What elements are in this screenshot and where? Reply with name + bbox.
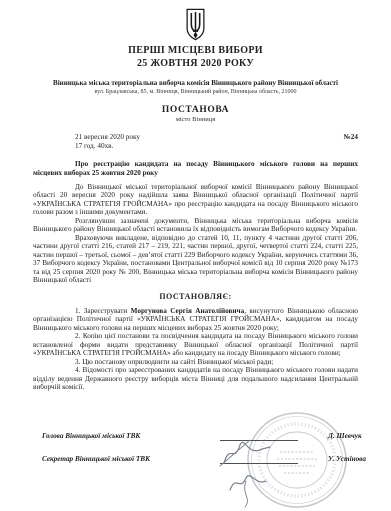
resolution-item-4: 4. Відомості про зареєстрованих кандидат… — [33, 366, 358, 392]
resolves-heading: ПОСТАНОВЛЯЄ: — [33, 292, 358, 301]
signature-name: У. Устінова — [328, 455, 366, 464]
signature-line — [220, 455, 298, 464]
body-paragraph: Розглянувши зазначені документи, Вінниць… — [33, 217, 358, 234]
resolution-item-1-prefix: 1. Зареєструвати — [75, 307, 131, 315]
resolution-item-2: 2. Копію цієї постанови та посвідчення к… — [33, 332, 358, 358]
signature-role: Секретар Вінницької міської ТВК — [42, 455, 220, 464]
document-time: 17 год. 40хв. — [33, 142, 358, 151]
body-paragraph: До Вінницької міської територіальної виб… — [33, 183, 358, 217]
election-title-line2: 25 ЖОВТНЯ 2020 РОКУ — [33, 58, 358, 70]
commission-address: вул. Брацлавська, 85, м. Вінниця, Вінниц… — [33, 88, 358, 96]
document-date: 21 вересня 2020 року — [75, 133, 140, 141]
document-type-heading: ПОСТАНОВА — [33, 105, 358, 116]
resolution-item-1: 1. Зареєструвати Моргунова Сергія Анатол… — [33, 307, 358, 333]
document-number: №24 — [344, 133, 358, 142]
body-paragraph: Враховуючи викладене, відповідно до стат… — [33, 234, 358, 285]
signature-row-head: Голова Вінницької міської ТВК Д. Шевчук — [42, 432, 358, 441]
ukraine-trident-icon — [184, 8, 207, 41]
subject-title: Про реєстрацію кандидата на посаду Вінни… — [33, 160, 358, 178]
signature-role: Голова Вінницької міської ТВК — [42, 432, 220, 441]
election-title-line1: ПЕРШІ МІСЦЕВІ ВИБОРИ — [33, 45, 358, 57]
signature-block: Голова Вінницької міської ТВК Д. Шевчук … — [33, 432, 358, 464]
document-place: місто Вінниця — [33, 116, 358, 124]
resolution-item-3: 3. Цю постанову оприлюднити на сайті Він… — [33, 358, 358, 367]
commission-name: Вінницька міська територіальна виборча к… — [33, 79, 358, 88]
candidate-name: Моргунова Сергія Анатолійовича — [131, 307, 245, 315]
signature-row-secretary: Секретар Вінницької міської ТВК У. Устін… — [42, 455, 358, 464]
signature-name: Д. Шевчук — [328, 432, 362, 441]
signature-line — [220, 432, 298, 441]
date-number-row: 21 вересня 2020 року №24 — [33, 133, 358, 142]
document-page: ПЕРШІ МІСЦЕВІ ВИБОРИ 25 ЖОВТНЯ 2020 РОКУ… — [0, 0, 391, 511]
